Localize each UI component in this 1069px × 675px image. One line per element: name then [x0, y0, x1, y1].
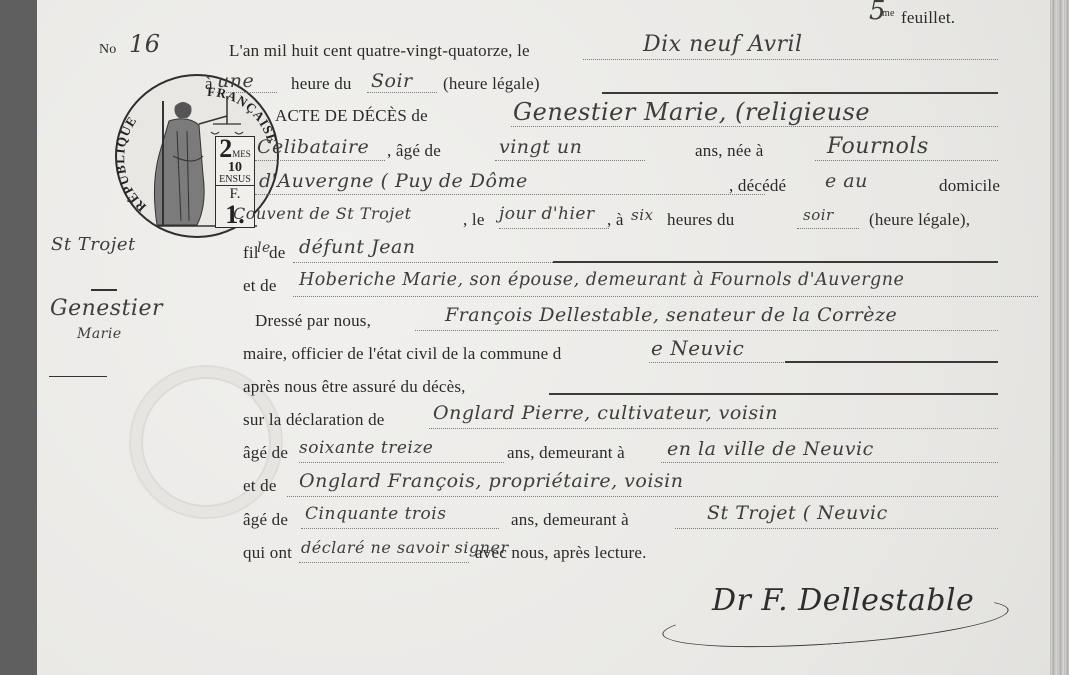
- deceased-name: Genestier Marie, (religieuse: [513, 98, 870, 126]
- deceased-label: , décédé: [729, 176, 786, 196]
- hours-label: heures du: [667, 210, 734, 230]
- fill-line: [415, 330, 998, 331]
- line-hour-text: heure du: [291, 74, 352, 94]
- residing-label: ans, demeurant à: [507, 443, 625, 463]
- age-label: , âgé de: [387, 141, 441, 161]
- born-label: ans, née à: [695, 141, 764, 161]
- margin-divider: [91, 289, 117, 291]
- age-value: vingt un: [499, 136, 582, 158]
- fill-line: [583, 59, 998, 60]
- fill-line: [675, 528, 998, 529]
- sheet-label: feuillet.: [901, 8, 955, 28]
- declarant-1-age: soixante treize: [299, 438, 433, 458]
- fill-line: [495, 160, 645, 161]
- death-place: Couvent de St Trojet: [233, 204, 412, 223]
- domicile-label: domicile: [939, 176, 1000, 196]
- birthplace-value: Fournols: [827, 134, 929, 159]
- blank-rule: [602, 92, 998, 94]
- fill-line: [797, 228, 859, 229]
- birthplace-region: d'Auvergne ( Puy de Dôme: [259, 170, 528, 192]
- who-have-label: qui ont: [243, 543, 292, 563]
- line-hour-prefix: à: [205, 74, 213, 94]
- margin-surname: Genestier: [50, 296, 163, 321]
- and-of-label: et de: [243, 276, 277, 296]
- fill-line: [255, 194, 765, 195]
- act-number: 16: [129, 30, 161, 58]
- declaration-label: sur la déclaration de: [243, 410, 385, 430]
- fill-line: [429, 428, 998, 429]
- svg-text:RÉPUBLIQUE: RÉPUBLIQUE: [117, 113, 149, 215]
- declarant-2-age: Cinquante trois: [305, 504, 446, 524]
- death-hour: six: [631, 206, 653, 224]
- line-legal-hour: (heure légale): [443, 74, 540, 94]
- declarant-1-residence: en la ville de Neuvic: [667, 438, 874, 460]
- mother-name: Hoberiche Marie, son épouse, demeurant à…: [299, 270, 904, 290]
- fill-line: [293, 262, 553, 263]
- acte-deces-label: ACTE DE DÉCÈS de: [275, 106, 428, 126]
- sheet-suffix: me: [882, 8, 895, 19]
- fill-line: [649, 362, 784, 363]
- fill-line: [299, 462, 504, 463]
- fill-line: [499, 228, 609, 229]
- fill-line: [367, 92, 437, 93]
- assured-death-label: après nous être assuré du décès,: [243, 377, 466, 397]
- deceased-suffix: e au: [825, 170, 868, 192]
- fill-line: [217, 92, 277, 93]
- date-value: Dix neuf Avril: [643, 32, 803, 57]
- mayor-name: François Dellestable, senateur de la Cor…: [445, 304, 897, 326]
- declarant-2-residence: St Trojet ( Neuvic: [707, 502, 888, 524]
- father-name: défunt Jean: [299, 236, 416, 258]
- residing-label: ans, demeurant à: [511, 510, 629, 530]
- legal-hour-label: (heure légale),: [869, 210, 970, 230]
- fill-line: [301, 528, 499, 529]
- and-of-label: et de: [243, 476, 277, 496]
- drawn-up-by-label: Dressé par nous,: [255, 311, 371, 331]
- declarant-1-name: Onglard Pierre, cultivateur, voisin: [433, 402, 778, 424]
- date-label: , le: [463, 210, 485, 230]
- fill-line: [511, 126, 998, 127]
- fill-line: [299, 562, 469, 563]
- mayor-office-label: maire, officier de l'état civil de la co…: [243, 344, 562, 364]
- declarant-2-name: Onglard François, propriétaire, voisin: [299, 470, 684, 492]
- line-date-text: L'an mil huit cent quatre-vingt-quatorze…: [229, 41, 530, 61]
- age-label: âgé de: [243, 510, 288, 530]
- at-label: , à: [607, 210, 624, 230]
- fill-line: [255, 160, 385, 161]
- death-period: soir: [803, 206, 834, 224]
- fill-line: [293, 296, 1038, 297]
- death-day: jour d'hier: [499, 204, 595, 224]
- commune-name: e Neuvic: [651, 336, 744, 360]
- marital-status: Celibataire: [257, 136, 369, 158]
- of-label: de: [269, 243, 285, 263]
- margin-place: St Trojet: [51, 234, 136, 255]
- hour-value: une: [217, 70, 254, 92]
- closing-text: avec nous, après lecture.: [475, 543, 647, 563]
- register-page: No 16 5 me feuillet. RÉPUBLIQUE FRANÇAIS…: [37, 0, 1050, 675]
- book-binding-edge: [1050, 0, 1069, 675]
- margin-given-name: Marie: [77, 326, 122, 342]
- blank-rule: [785, 361, 998, 363]
- blank-rule: [553, 261, 998, 263]
- fill-line: [815, 160, 998, 161]
- fill-line: [661, 462, 998, 463]
- fill-line: [287, 496, 998, 497]
- act-number-label: No: [99, 42, 117, 58]
- age-label: âgé de: [243, 443, 288, 463]
- blank-rule: [549, 393, 998, 395]
- margin-underline: [49, 376, 107, 377]
- period-value: Soir: [371, 70, 413, 92]
